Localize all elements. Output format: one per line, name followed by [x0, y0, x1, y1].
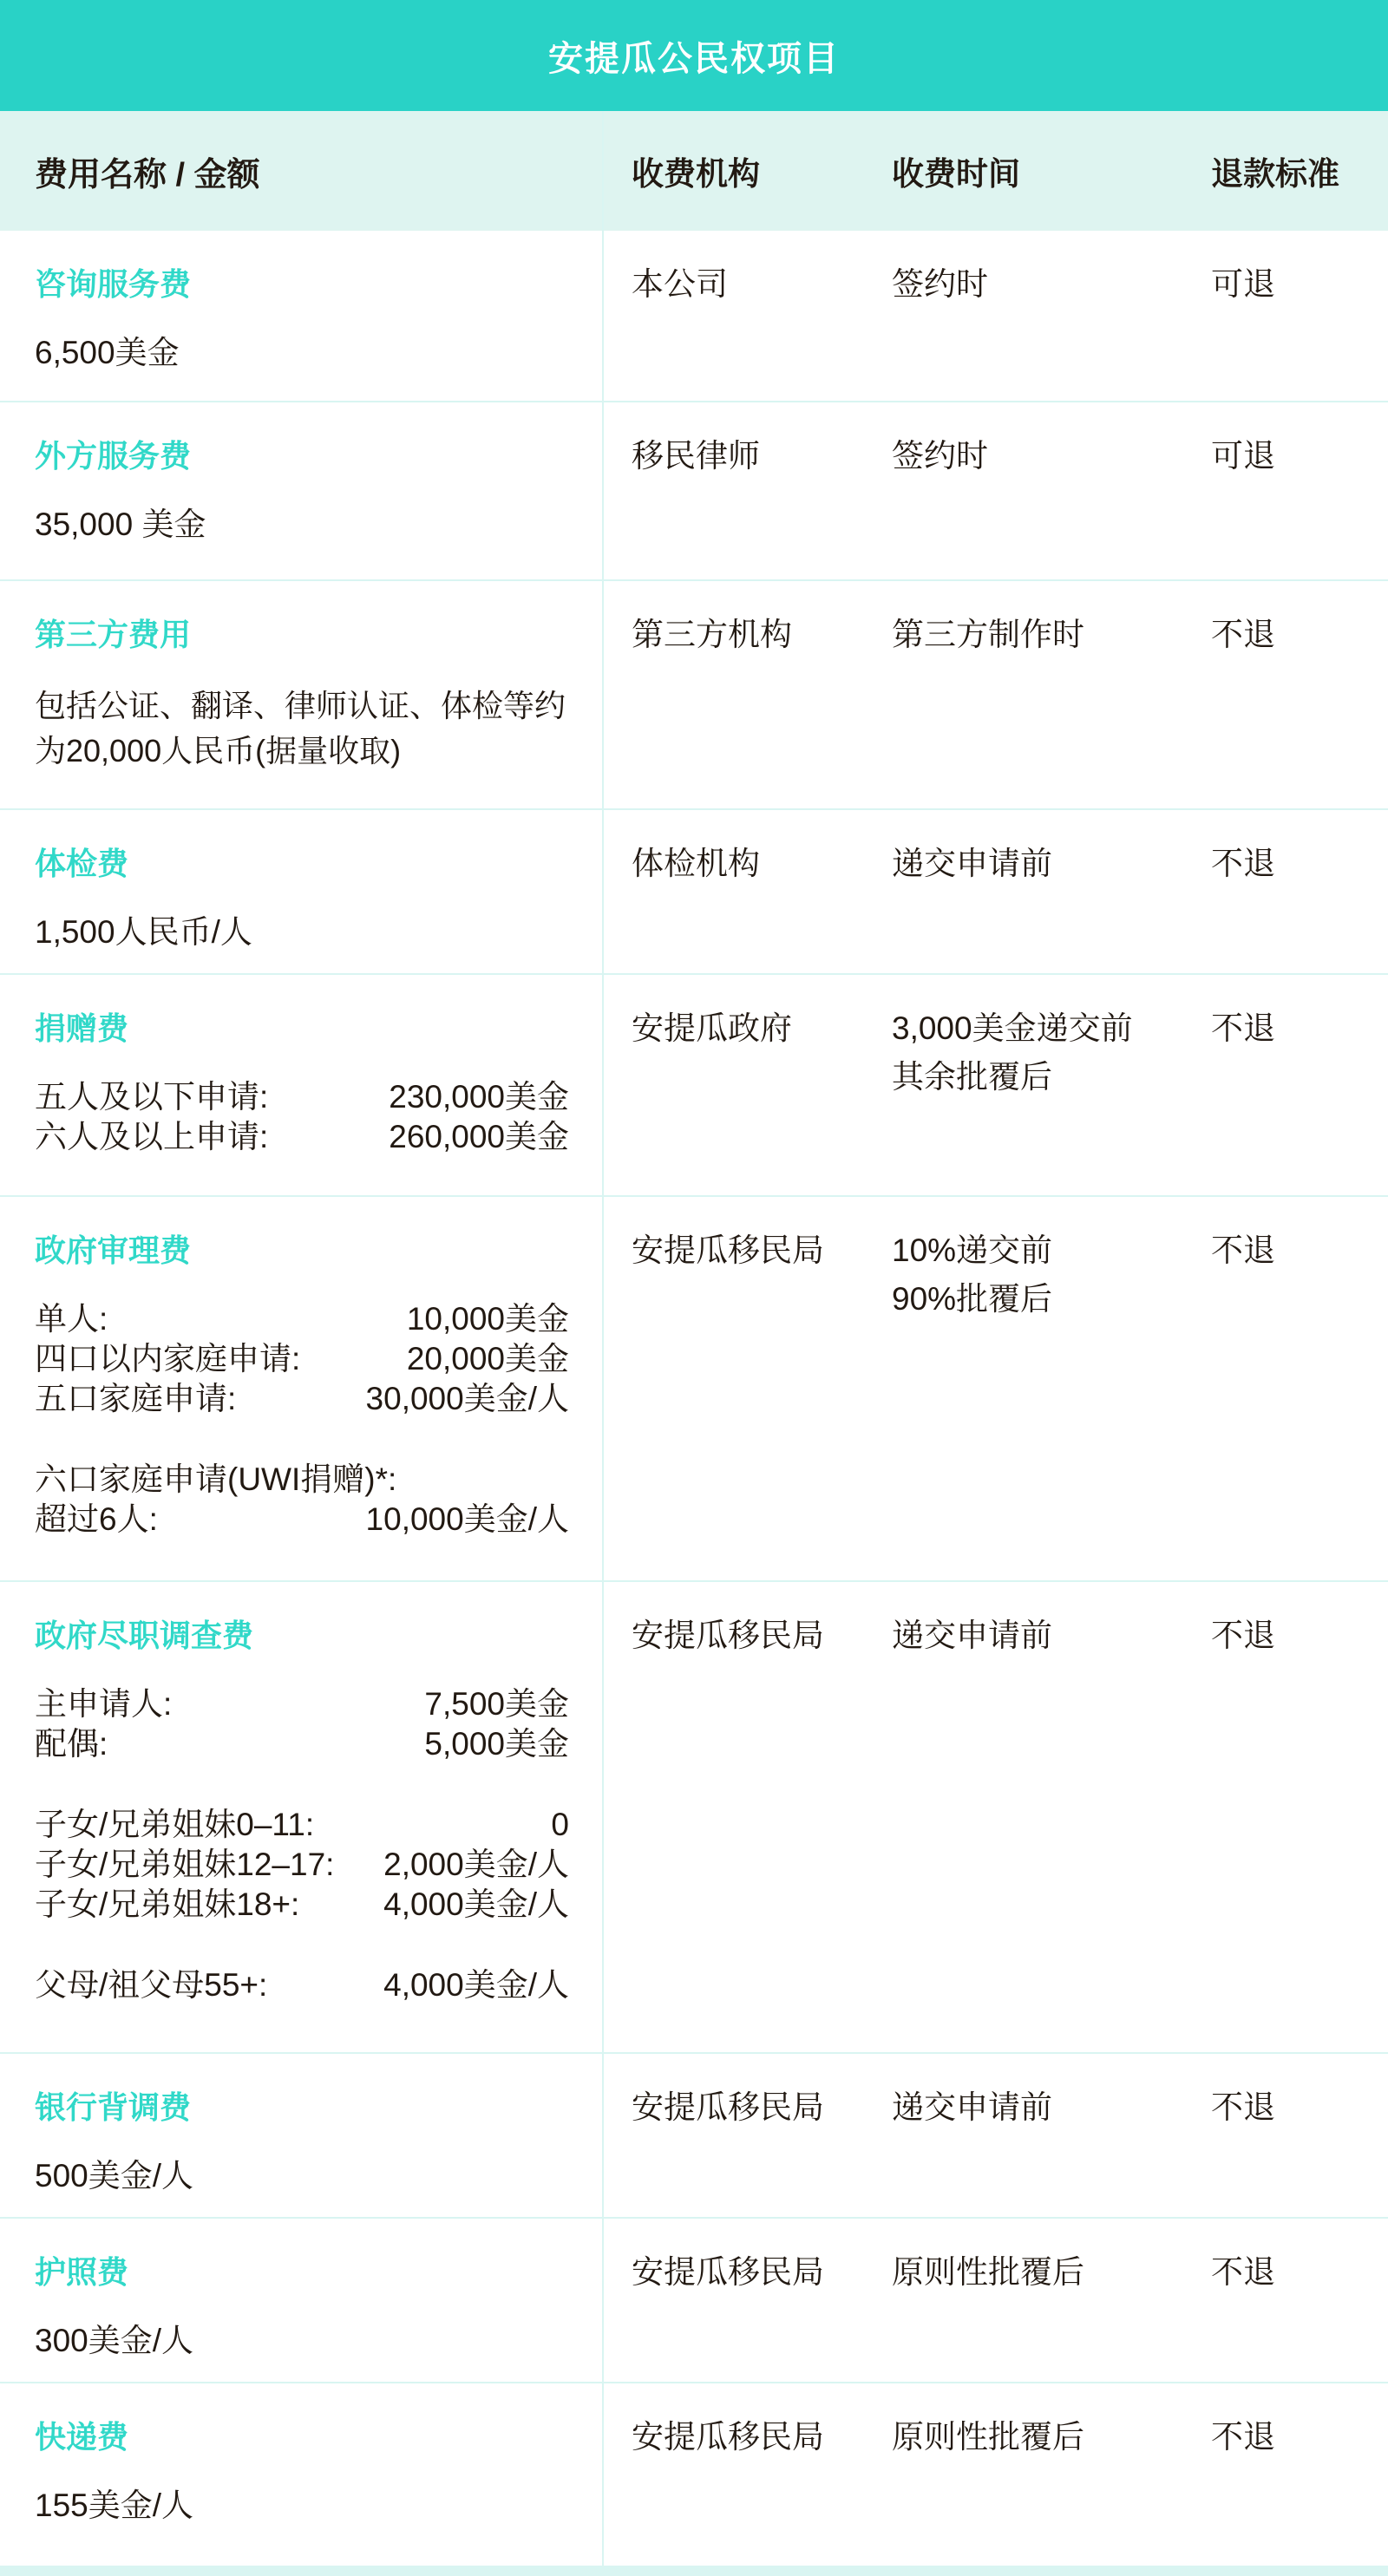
fee-amount-line: 子女/兄弟姐妹18+:4,000美金/人 [35, 1885, 569, 1925]
column-header-3: 收费时间 [892, 147, 1211, 194]
refund-cell: 不退 [1211, 1582, 1388, 2052]
agency-cell: 安提瓜移民局 [632, 2054, 892, 2217]
fee-amount-line: 155美金/人 [35, 2486, 569, 2526]
table-row: 护照费300美金/人安提瓜移民局原则性批覆后不退 [0, 2217, 1388, 2382]
refund-cell: 可退 [1211, 231, 1388, 401]
fee-amount-line: 35,000 美金 [35, 505, 569, 545]
refund-cell: 不退 [1211, 2054, 1388, 2217]
fee-table: 费用名称 / 金额收费机构收费时间退款标准 咨询服务费6,500美金本公司签约时… [0, 111, 1388, 2566]
agency-name: 安提瓜移民局 [632, 1233, 892, 1268]
refund-value: 不退 [1211, 2255, 1388, 2290]
time-line: 其余批覆后 [892, 1060, 1211, 1095]
refund-cell: 不退 [1211, 2219, 1388, 2382]
fee-cell: 护照费300美金/人 [0, 2219, 632, 2382]
agency-cell: 本公司 [632, 231, 892, 401]
fee-amount-group: 五人及以下申请:230,000美金六人及以上申请:260,000美金 [35, 1077, 569, 1157]
fee-amount-line: 超过6人:10,000美金/人 [35, 1500, 569, 1540]
fee-name: 捐赠费 [35, 1011, 569, 1046]
fee-amount-line: 六口家庭申请(UWI捐赠)*: [35, 1460, 569, 1500]
fee-amount-group: 六口家庭申请(UWI捐赠)*:超过6人:10,000美金/人 [35, 1460, 569, 1540]
fee-amount-group: 父母/祖父母55+:4,000美金/人 [35, 1965, 569, 2005]
fee-amount-group: 主申请人:7,500美金配偶:5,000美金 [35, 1684, 569, 1764]
agency-cell: 体检机构 [632, 810, 892, 973]
time-line: 3,000美金递交前 [892, 1011, 1211, 1046]
fee-amount-value: 7,500美金 [424, 1684, 569, 1724]
fee-name: 咨询服务费 [35, 267, 569, 302]
column-header-4: 退款标准 [1211, 147, 1388, 194]
column-header-1: 费用名称 / 金额 [0, 147, 632, 195]
refund-value: 不退 [1211, 2090, 1388, 2125]
table-header-row: 费用名称 / 金额收费机构收费时间退款标准 [0, 111, 1388, 231]
refund-cell: 不退 [1211, 1197, 1388, 1580]
fee-amount-value: 2,000美金/人 [383, 1845, 569, 1885]
fee-cell: 第三方费用包括公证、翻译、律师认证、体检等约为20,000人民币(据量收取) [0, 581, 632, 808]
fee-amount-value: 4,000美金/人 [383, 1965, 569, 2005]
agency-cell: 安提瓜移民局 [632, 2383, 892, 2566]
fee-amount-line: 为20,000人民币(据量收取) [35, 729, 632, 774]
refund-value: 可退 [1211, 439, 1388, 474]
agency-cell: 移民律师 [632, 402, 892, 579]
fee-amount-line: 六人及以上申请:260,000美金 [35, 1117, 569, 1157]
fee-amount-group: 500美金/人 [35, 2156, 569, 2196]
fee-amount-line: 子女/兄弟姐妹0–11:0 [35, 1805, 569, 1845]
fee-name: 快递费 [35, 2420, 569, 2455]
refund-value: 不退 [1211, 1233, 1388, 1268]
fee-amount-line: 包括公证、翻译、律师认证、体检等约 [35, 683, 632, 729]
time-line: 第三方制作时 [892, 618, 1211, 652]
refund-value: 不退 [1211, 618, 1388, 652]
fee-cell: 捐赠费五人及以下申请:230,000美金六人及以上申请:260,000美金 [0, 975, 632, 1195]
agency-name: 安提瓜移民局 [632, 1618, 892, 1653]
refund-cell: 不退 [1211, 2383, 1388, 2566]
agency-cell: 安提瓜移民局 [632, 1582, 892, 2052]
time-line: 递交申请前 [892, 1618, 1211, 1653]
fee-amount-value: 10,000美金/人 [366, 1500, 569, 1540]
time-line: 90%批覆后 [892, 1282, 1211, 1317]
refund-value: 不退 [1211, 847, 1388, 881]
fee-amount-line: 500美金/人 [35, 2156, 569, 2196]
table-row: 银行背调费500美金/人安提瓜移民局递交申请前不退 [0, 2052, 1388, 2217]
agency-name: 第三方机构 [632, 618, 892, 652]
fee-amount-group: 35,000 美金 [35, 505, 569, 545]
time-line: 原则性批覆后 [892, 2255, 1211, 2290]
fee-amount-line: 主申请人:7,500美金 [35, 1684, 569, 1724]
fee-amount-group: 1,500人民币/人 [35, 912, 569, 952]
fee-cell: 政府尽职调查费主申请人:7,500美金配偶:5,000美金子女/兄弟姐妹0–11… [0, 1582, 632, 2052]
table-row: 第三方费用包括公证、翻译、律师认证、体检等约为20,000人民币(据量收取)第三… [0, 579, 1388, 808]
fee-amount-line: 父母/祖父母55+:4,000美金/人 [35, 1965, 569, 2005]
fee-name: 护照费 [35, 2255, 569, 2290]
refund-value: 可退 [1211, 267, 1388, 302]
refund-value: 不退 [1211, 2420, 1388, 2455]
table-row: 政府尽职调查费主申请人:7,500美金配偶:5,000美金子女/兄弟姐妹0–11… [0, 1580, 1388, 2052]
agency-cell: 安提瓜移民局 [632, 2219, 892, 2382]
fee-name: 政府审理费 [35, 1233, 569, 1268]
fee-amount-line: 子女/兄弟姐妹12–17:2,000美金/人 [35, 1845, 569, 1885]
agency-cell: 安提瓜移民局 [632, 1197, 892, 1580]
time-cell: 原则性批覆后 [892, 2219, 1211, 2382]
time-line: 签约时 [892, 267, 1211, 302]
fee-amount-label: 单人: [35, 1299, 108, 1339]
fee-name: 体检费 [35, 847, 569, 881]
table-row: 咨询服务费6,500美金本公司签约时可退 [0, 231, 1388, 401]
fee-amount-group: 6,500美金 [35, 333, 569, 373]
agency-name: 安提瓜移民局 [632, 2090, 892, 2125]
refund-value: 不退 [1211, 1618, 1388, 1653]
agency-name: 安提瓜政府 [632, 1011, 892, 1046]
time-line: 递交申请前 [892, 2090, 1211, 2125]
refund-cell: 不退 [1211, 810, 1388, 973]
fee-amount-group: 155美金/人 [35, 2486, 569, 2526]
fee-amount-line: 6,500美金 [35, 333, 569, 373]
fee-amount-value: 4,000美金/人 [383, 1885, 569, 1925]
fee-amount-group: 子女/兄弟姐妹0–11:0子女/兄弟姐妹12–17:2,000美金/人子女/兄弟… [35, 1805, 569, 1925]
fee-amount-label: 配偶: [35, 1724, 108, 1764]
table-body: 咨询服务费6,500美金本公司签约时可退外方服务费35,000 美金移民律师签约… [0, 231, 1388, 2566]
agency-name: 体检机构 [632, 847, 892, 881]
bottom-strip [0, 2566, 1388, 2576]
fee-amount-label: 四口以内家庭申请: [35, 1339, 300, 1379]
page-title: 安提瓜公民权项目 [548, 31, 840, 81]
fee-amount-group: 单人:10,000美金四口以内家庭申请:20,000美金五口家庭申请:30,00… [35, 1299, 569, 1419]
fee-amount-line: 单人:10,000美金 [35, 1299, 569, 1339]
fee-amount-value: 260,000美金 [389, 1117, 569, 1157]
refund-cell: 可退 [1211, 402, 1388, 579]
fee-amount-line: 四口以内家庭申请:20,000美金 [35, 1339, 569, 1379]
fee-cell: 咨询服务费6,500美金 [0, 231, 632, 401]
table-row: 捐赠费五人及以下申请:230,000美金六人及以上申请:260,000美金安提瓜… [0, 973, 1388, 1195]
agency-cell: 安提瓜政府 [632, 975, 892, 1195]
fee-amount-value: 30,000美金/人 [366, 1379, 569, 1419]
fee-cell: 快递费155美金/人 [0, 2383, 632, 2566]
refund-cell: 不退 [1211, 975, 1388, 1195]
fee-amount-label: 子女/兄弟姐妹18+: [35, 1885, 299, 1925]
fee-amount-group: 300美金/人 [35, 2321, 569, 2361]
time-cell: 第三方制作时 [892, 581, 1211, 808]
fee-amount-value: 230,000美金 [389, 1077, 569, 1117]
fee-amount-label: 父母/祖父母55+: [35, 1965, 267, 2005]
fee-amount-label: 六口家庭申请(UWI捐赠)*: [35, 1460, 396, 1500]
time-line: 递交申请前 [892, 847, 1211, 881]
fee-amount-label: 超过6人: [35, 1500, 158, 1540]
fee-amount-label: 五口家庭申请: [35, 1379, 236, 1419]
agency-name: 本公司 [632, 267, 892, 302]
fee-amount-value: 20,000美金 [407, 1339, 569, 1379]
table-row: 政府审理费单人:10,000美金四口以内家庭申请:20,000美金五口家庭申请:… [0, 1195, 1388, 1580]
time-cell: 签约时 [892, 231, 1211, 401]
table-row: 外方服务费35,000 美金移民律师签约时可退 [0, 401, 1388, 579]
time-cell: 3,000美金递交前其余批覆后 [892, 975, 1211, 1195]
fee-name: 外方服务费 [35, 439, 569, 474]
fee-amount-line: 配偶:5,000美金 [35, 1724, 569, 1764]
fee-cell: 体检费1,500人民币/人 [0, 810, 632, 973]
fee-amount-group: 包括公证、翻译、律师认证、体检等约为20,000人民币(据量收取) [35, 683, 632, 774]
time-cell: 10%递交前90%批覆后 [892, 1197, 1211, 1580]
fee-amount-label: 主申请人: [35, 1684, 172, 1724]
table-row: 体检费1,500人民币/人体检机构递交申请前不退 [0, 808, 1388, 973]
fee-amount-line: 五人及以下申请:230,000美金 [35, 1077, 569, 1117]
refund-cell: 不退 [1211, 581, 1388, 808]
fee-name: 政府尽职调查费 [35, 1618, 569, 1653]
fee-amount-value: 0 [551, 1805, 569, 1845]
fee-amount-value: 5,000美金 [424, 1724, 569, 1764]
fee-amount-value: 10,000美金 [407, 1299, 569, 1339]
fee-amount-line: 1,500人民币/人 [35, 912, 569, 952]
agency-name: 移民律师 [632, 439, 892, 474]
refund-value: 不退 [1211, 1011, 1388, 1046]
agency-name: 安提瓜移民局 [632, 2255, 892, 2290]
fee-name: 第三方费用 [35, 618, 632, 652]
column-header-2: 收费机构 [632, 147, 892, 194]
column-divider [602, 111, 604, 2566]
fee-amount-label: 六人及以上申请: [35, 1117, 268, 1157]
fee-amount-line: 五口家庭申请:30,000美金/人 [35, 1379, 569, 1419]
time-cell: 递交申请前 [892, 1582, 1211, 2052]
time-cell: 签约时 [892, 402, 1211, 579]
fee-amount-label: 子女/兄弟姐妹0–11: [35, 1805, 314, 1845]
time-cell: 原则性批覆后 [892, 2383, 1211, 2566]
time-line: 原则性批覆后 [892, 2420, 1211, 2455]
fee-cell: 政府审理费单人:10,000美金四口以内家庭申请:20,000美金五口家庭申请:… [0, 1197, 632, 1580]
time-cell: 递交申请前 [892, 810, 1211, 973]
agency-cell: 第三方机构 [632, 581, 892, 808]
fee-cell: 外方服务费35,000 美金 [0, 402, 632, 579]
fee-cell: 银行背调费500美金/人 [0, 2054, 632, 2217]
fee-amount-label: 子女/兄弟姐妹12–17: [35, 1845, 334, 1885]
fee-name: 银行背调费 [35, 2090, 569, 2125]
table-row: 快递费155美金/人安提瓜移民局原则性批覆后不退 [0, 2382, 1388, 2566]
agency-name: 安提瓜移民局 [632, 2420, 892, 2455]
time-line: 签约时 [892, 439, 1211, 474]
table-title-bar: 安提瓜公民权项目 [0, 0, 1388, 111]
fee-amount-line: 300美金/人 [35, 2321, 569, 2361]
time-line: 10%递交前 [892, 1233, 1211, 1268]
time-cell: 递交申请前 [892, 2054, 1211, 2217]
fee-amount-label: 五人及以下申请: [35, 1077, 268, 1117]
